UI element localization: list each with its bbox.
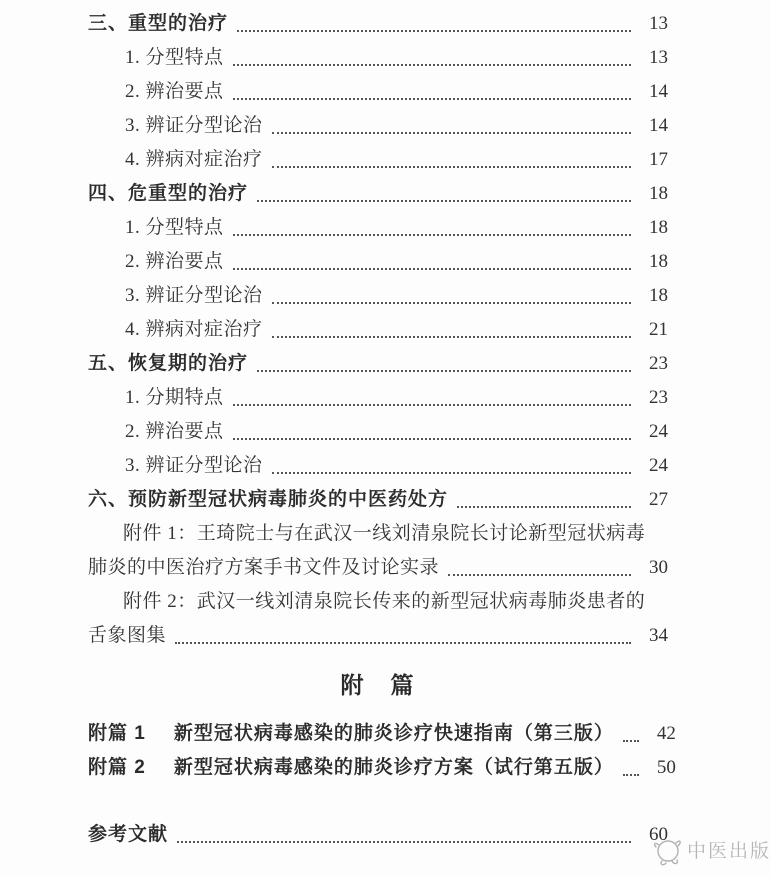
toc-entry-page: 18 bbox=[638, 177, 668, 211]
toc-entry-page: 13 bbox=[638, 7, 668, 41]
dot-leader bbox=[233, 64, 631, 66]
toc-entry-page: 34 bbox=[638, 619, 668, 653]
toc-entry-row: 四、危重型的治疗 18 bbox=[88, 177, 668, 211]
dot-leader bbox=[272, 302, 631, 304]
toc-entry-label: 肺炎的中医治疗方案手书文件及讨论实录 bbox=[88, 551, 439, 585]
toc-entry-label: 3. 辨证分型论治 bbox=[88, 449, 263, 483]
toc-entry-page: 23 bbox=[638, 347, 668, 381]
publisher-watermark-text: 中医出版 bbox=[687, 836, 771, 863]
toc-entry-label: 3. 辨证分型论治 bbox=[88, 279, 263, 313]
toc-page: 三、重型的治疗 13 1. 分型特点 13 2. 辨治要点 14 3. 辨证分型… bbox=[0, 0, 771, 877]
toc-entry-page: 23 bbox=[638, 381, 668, 415]
toc-entry-label: 1. 分型特点 bbox=[88, 211, 224, 245]
references-row: 参考文献 60 bbox=[88, 818, 668, 852]
toc-entry-page: 18 bbox=[638, 211, 668, 245]
toc-entry-label: 三、重型的治疗 bbox=[88, 7, 228, 41]
toc-entry-row: 肺炎的中医治疗方案手书文件及讨论实录 30 bbox=[88, 551, 668, 585]
toc-entry-page: 14 bbox=[638, 109, 668, 143]
toc-entry-row: 4. 辨病对症治疗 21 bbox=[88, 313, 668, 347]
toc-entry-label: 1. 分型特点 bbox=[88, 41, 224, 75]
toc-entry-row: 3. 辨证分型论治 14 bbox=[88, 109, 668, 143]
dot-leader bbox=[177, 841, 631, 843]
dot-leader bbox=[623, 774, 639, 776]
toc-entry-label: 2. 辨治要点 bbox=[88, 75, 224, 109]
toc-entry-label: 3. 辨证分型论治 bbox=[88, 109, 263, 143]
toc-entry-label: 1. 分期特点 bbox=[88, 381, 224, 415]
dot-leader bbox=[233, 268, 631, 270]
dot-leader bbox=[272, 336, 631, 338]
toc-entry-label: 2. 辨治要点 bbox=[88, 415, 224, 449]
dot-leader bbox=[272, 472, 631, 474]
toc-entry-page: 27 bbox=[638, 483, 668, 517]
appendix-entry-number: 附篇 2 bbox=[88, 751, 146, 785]
toc-entry-label: 附件 1：王琦院士与在武汉一线刘清泉院长讨论新型冠状病毒 bbox=[88, 517, 645, 551]
toc-entry-page: 24 bbox=[638, 415, 668, 449]
dot-leader bbox=[272, 166, 631, 168]
toc-entry-row: 1. 分期特点 23 bbox=[88, 381, 668, 415]
toc-entry-label: 四、危重型的治疗 bbox=[88, 177, 248, 211]
dot-leader bbox=[623, 740, 639, 742]
toc-entry-page: 18 bbox=[638, 279, 668, 313]
toc-entry-page: 18 bbox=[638, 245, 668, 279]
toc-entry-label: 4. 辨病对症治疗 bbox=[88, 143, 263, 177]
toc-entry-page: 30 bbox=[638, 551, 668, 585]
dot-leader bbox=[233, 404, 631, 406]
toc-entry-label: 附件 2：武汉一线刘清泉院长传来的新型冠状病毒肺炎患者的 bbox=[88, 585, 645, 619]
references-label: 参考文献 bbox=[88, 818, 168, 852]
toc-entry-row: 2. 辨治要点 24 bbox=[88, 415, 668, 449]
toc-entry-row: 舌象图集 34 bbox=[88, 619, 668, 653]
dot-leader bbox=[448, 574, 631, 576]
toc-entry-row: 附件 1：王琦院士与在武汉一线刘清泉院长讨论新型冠状病毒 bbox=[88, 517, 668, 551]
appendix-heading: 附 篇 bbox=[88, 668, 668, 704]
toc-entry-row: 1. 分型特点 18 bbox=[88, 211, 668, 245]
toc-entry-row: 4. 辨病对症治疗 17 bbox=[88, 143, 668, 177]
toc-entry-row: 五、恢复期的治疗 23 bbox=[88, 347, 668, 381]
dot-leader bbox=[175, 642, 631, 644]
toc-entry-page: 24 bbox=[638, 449, 668, 483]
toc-entry-label: 4. 辨病对症治疗 bbox=[88, 313, 263, 347]
dot-leader bbox=[233, 98, 631, 100]
toc-entry-page: 21 bbox=[638, 313, 668, 347]
appendix-entry-page: 42 bbox=[646, 717, 676, 751]
toc-entry-page: 17 bbox=[638, 143, 668, 177]
appendix-entry-number: 附篇 1 bbox=[88, 717, 146, 751]
toc-entry-row: 六、预防新型冠状病毒肺炎的中医药处方 27 bbox=[88, 483, 668, 517]
dot-leader bbox=[233, 438, 631, 440]
toc-entry-row: 3. 辨证分型论治 24 bbox=[88, 449, 668, 483]
appendix-entry-page: 50 bbox=[646, 751, 676, 785]
toc-entry-page: 13 bbox=[638, 41, 668, 75]
appendix-entry-title: 新型冠状病毒感染的肺炎诊疗快速指南（第三版） bbox=[174, 717, 614, 751]
publisher-watermark: 中医出版 bbox=[650, 830, 771, 868]
toc-entry-label: 2. 辨治要点 bbox=[88, 245, 224, 279]
dot-leader bbox=[257, 200, 631, 202]
toc-entry-row: 3. 辨证分型论治 18 bbox=[88, 279, 668, 313]
appendix-entry-row: 附篇 2 新型冠状病毒感染的肺炎诊疗方案（试行第五版） 50 bbox=[88, 751, 668, 785]
toc-entry-label: 六、预防新型冠状病毒肺炎的中医药处方 bbox=[88, 483, 448, 517]
toc-entry-row: 附件 2：武汉一线刘清泉院长传来的新型冠状病毒肺炎患者的 bbox=[88, 585, 668, 619]
publisher-logo-icon bbox=[650, 830, 684, 868]
toc-entry-row: 三、重型的治疗 13 bbox=[88, 7, 668, 41]
appendix-entry-row: 附篇 1 新型冠状病毒感染的肺炎诊疗快速指南（第三版） 42 bbox=[88, 717, 668, 751]
dot-leader bbox=[457, 506, 631, 508]
toc-entry-page: 14 bbox=[638, 75, 668, 109]
dot-leader bbox=[257, 370, 631, 372]
toc-entry-row: 2. 辨治要点 18 bbox=[88, 245, 668, 279]
dot-leader bbox=[272, 132, 631, 134]
toc-entry-label: 舌象图集 bbox=[88, 619, 166, 653]
appendix-entry-title: 新型冠状病毒感染的肺炎诊疗方案（试行第五版） bbox=[174, 751, 614, 785]
toc-entry-row: 1. 分型特点 13 bbox=[88, 41, 668, 75]
dot-leader bbox=[237, 30, 631, 32]
toc-entry-row: 2. 辨治要点 14 bbox=[88, 75, 668, 109]
toc-entry-label: 五、恢复期的治疗 bbox=[88, 347, 248, 381]
dot-leader bbox=[233, 234, 631, 236]
